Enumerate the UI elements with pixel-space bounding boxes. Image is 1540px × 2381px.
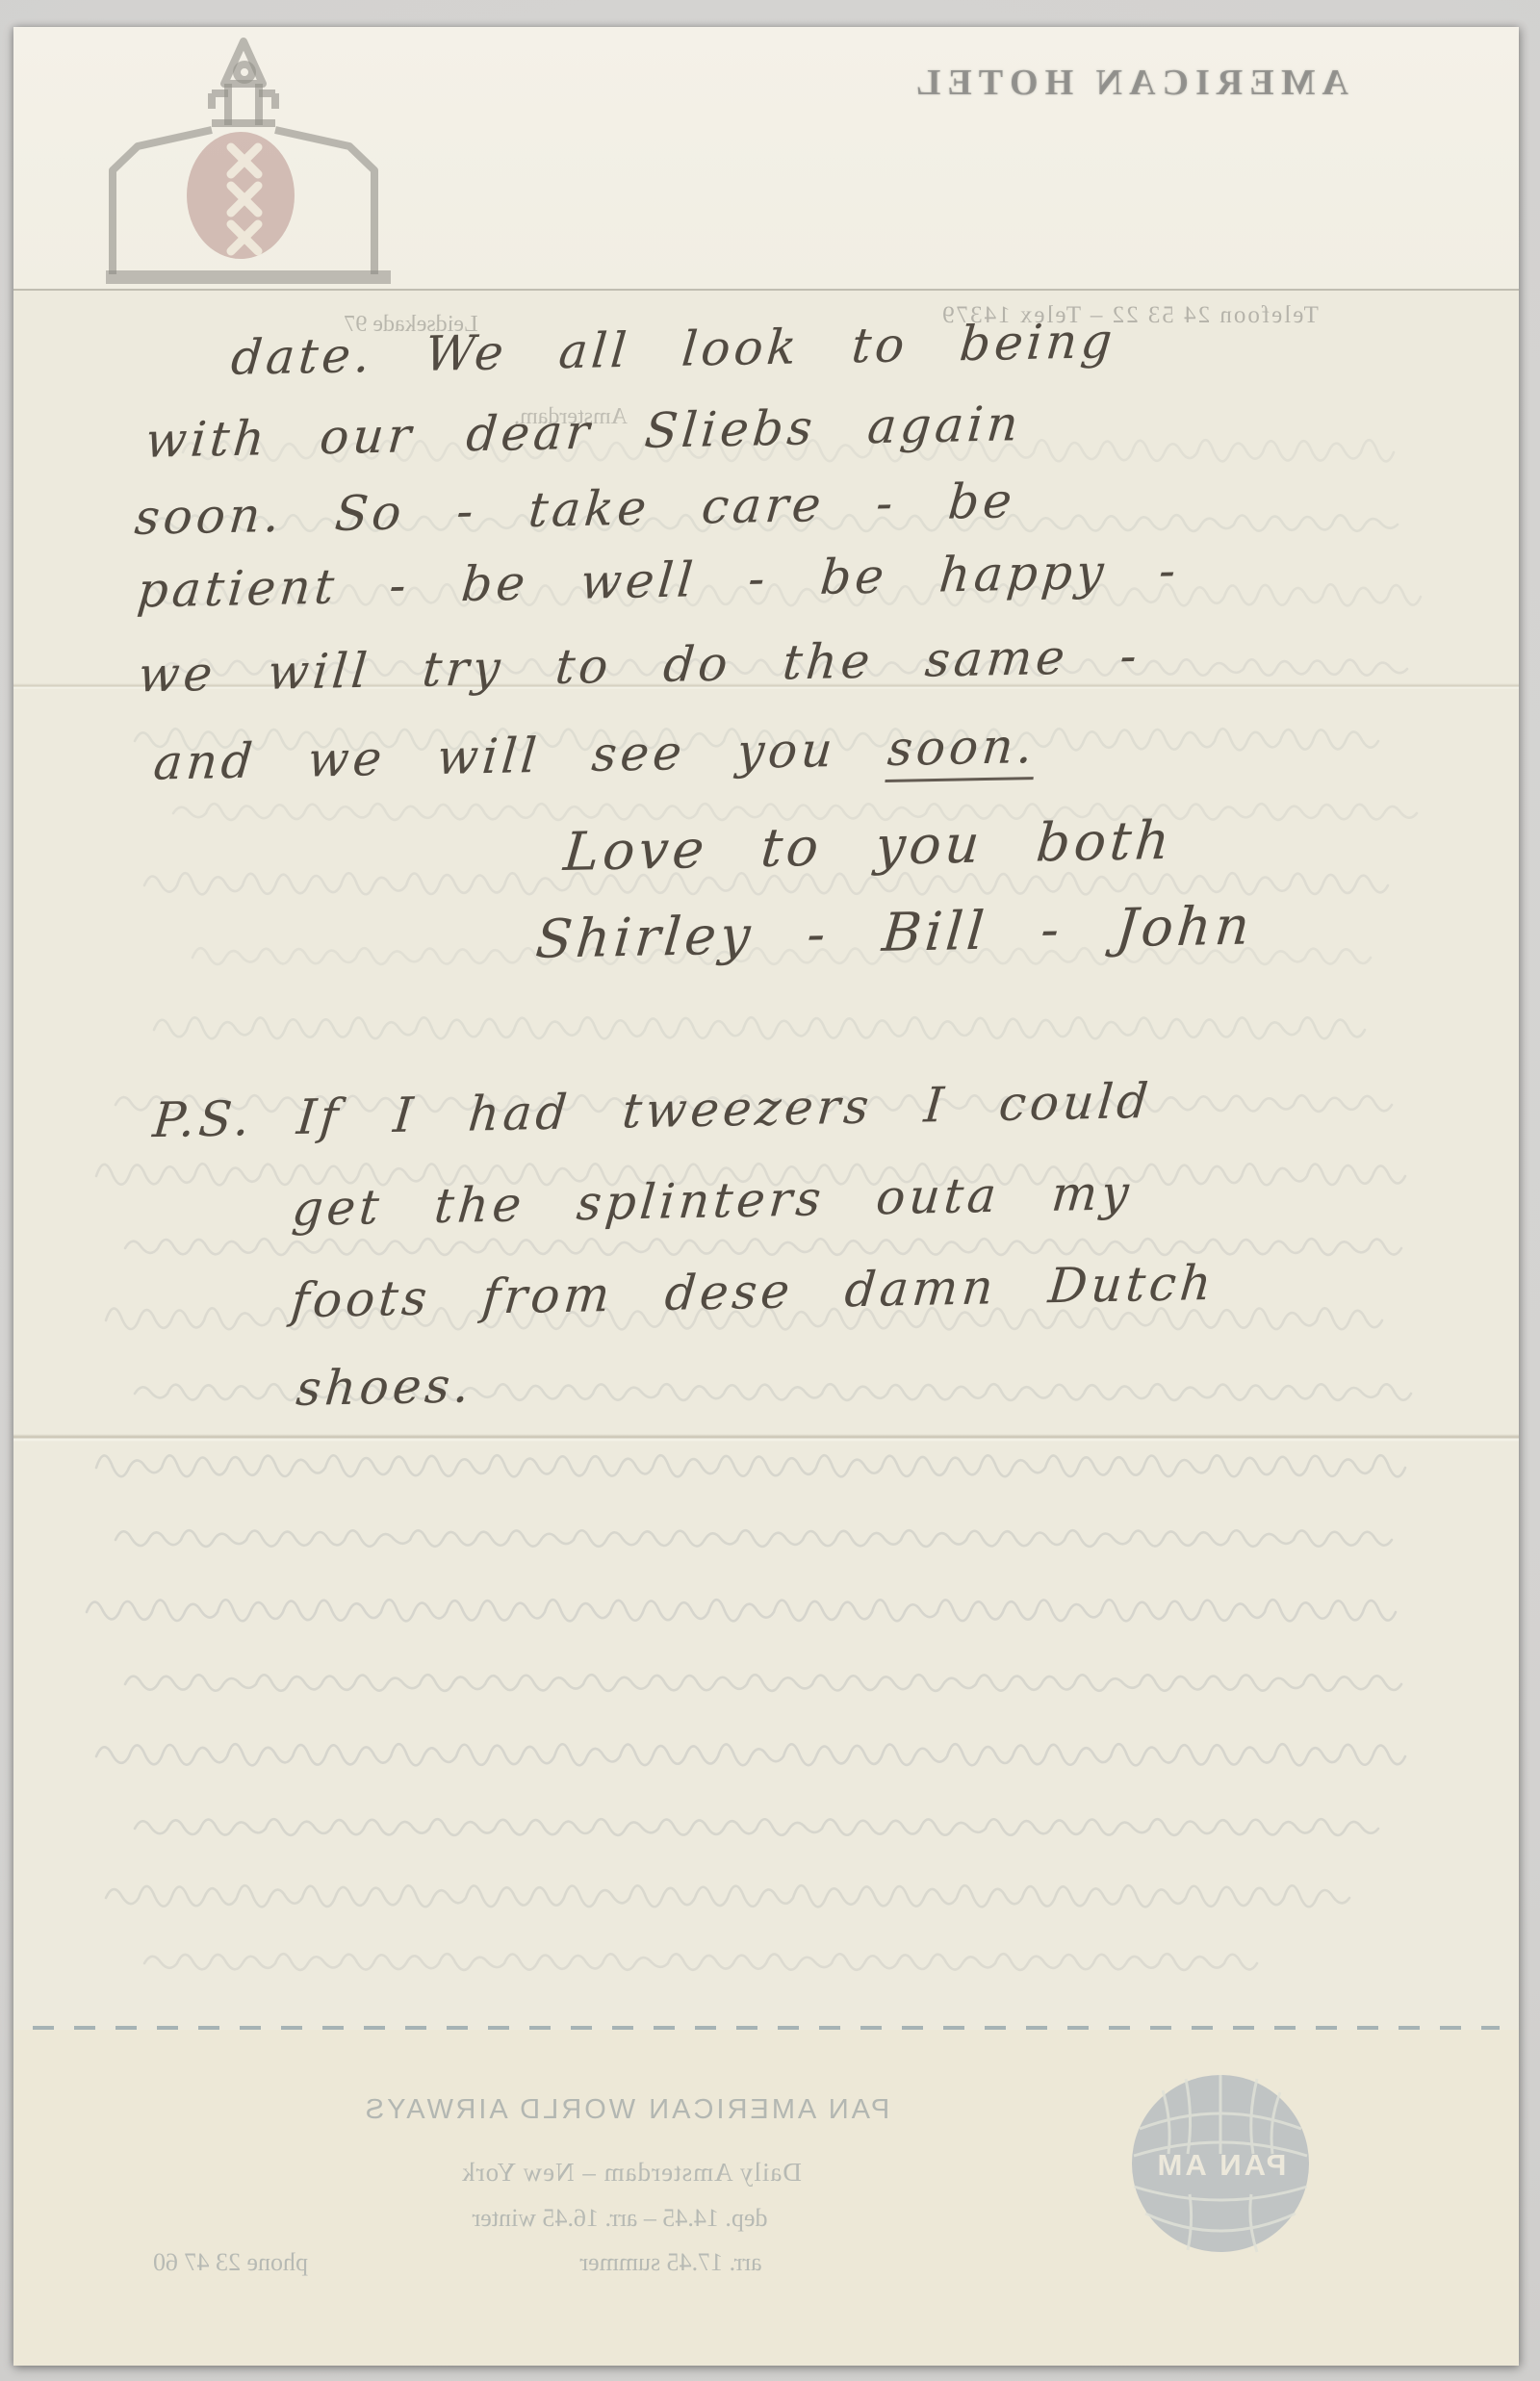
line6-prefix: and we will see you [151, 721, 890, 791]
ps-line: shoes. [294, 1357, 475, 1417]
underlined-word: soon. [885, 718, 1039, 782]
ps-line: foots from dese damn Dutch [289, 1255, 1218, 1328]
signature-line: Shirley - Bill - John [533, 894, 1256, 969]
handwritten-line: soon. So - take care - be [133, 473, 1018, 546]
handwritten-line: patient - be well - be happy - [135, 543, 1181, 619]
handwritten-letter-text: date. We all look to being with our dear… [1, 19, 1530, 2373]
letter-page: AMERICAN HOTEL Telefoon 24 53 22 – Telex… [13, 27, 1519, 2366]
closing-line: Love to you both [561, 809, 1175, 883]
handwritten-line: date. We all look to being [229, 313, 1118, 386]
ps-line: get the splinters outa my [290, 1165, 1135, 1237]
ps-label: P.S. [151, 1090, 256, 1148]
handwritten-line: and we will see you soon. [151, 718, 1039, 791]
ps-line: If I had tweezers I could [295, 1073, 1154, 1145]
handwritten-line: with our dear Sliebs again [143, 396, 1024, 469]
handwritten-line: we will try to do the same - [136, 627, 1142, 703]
